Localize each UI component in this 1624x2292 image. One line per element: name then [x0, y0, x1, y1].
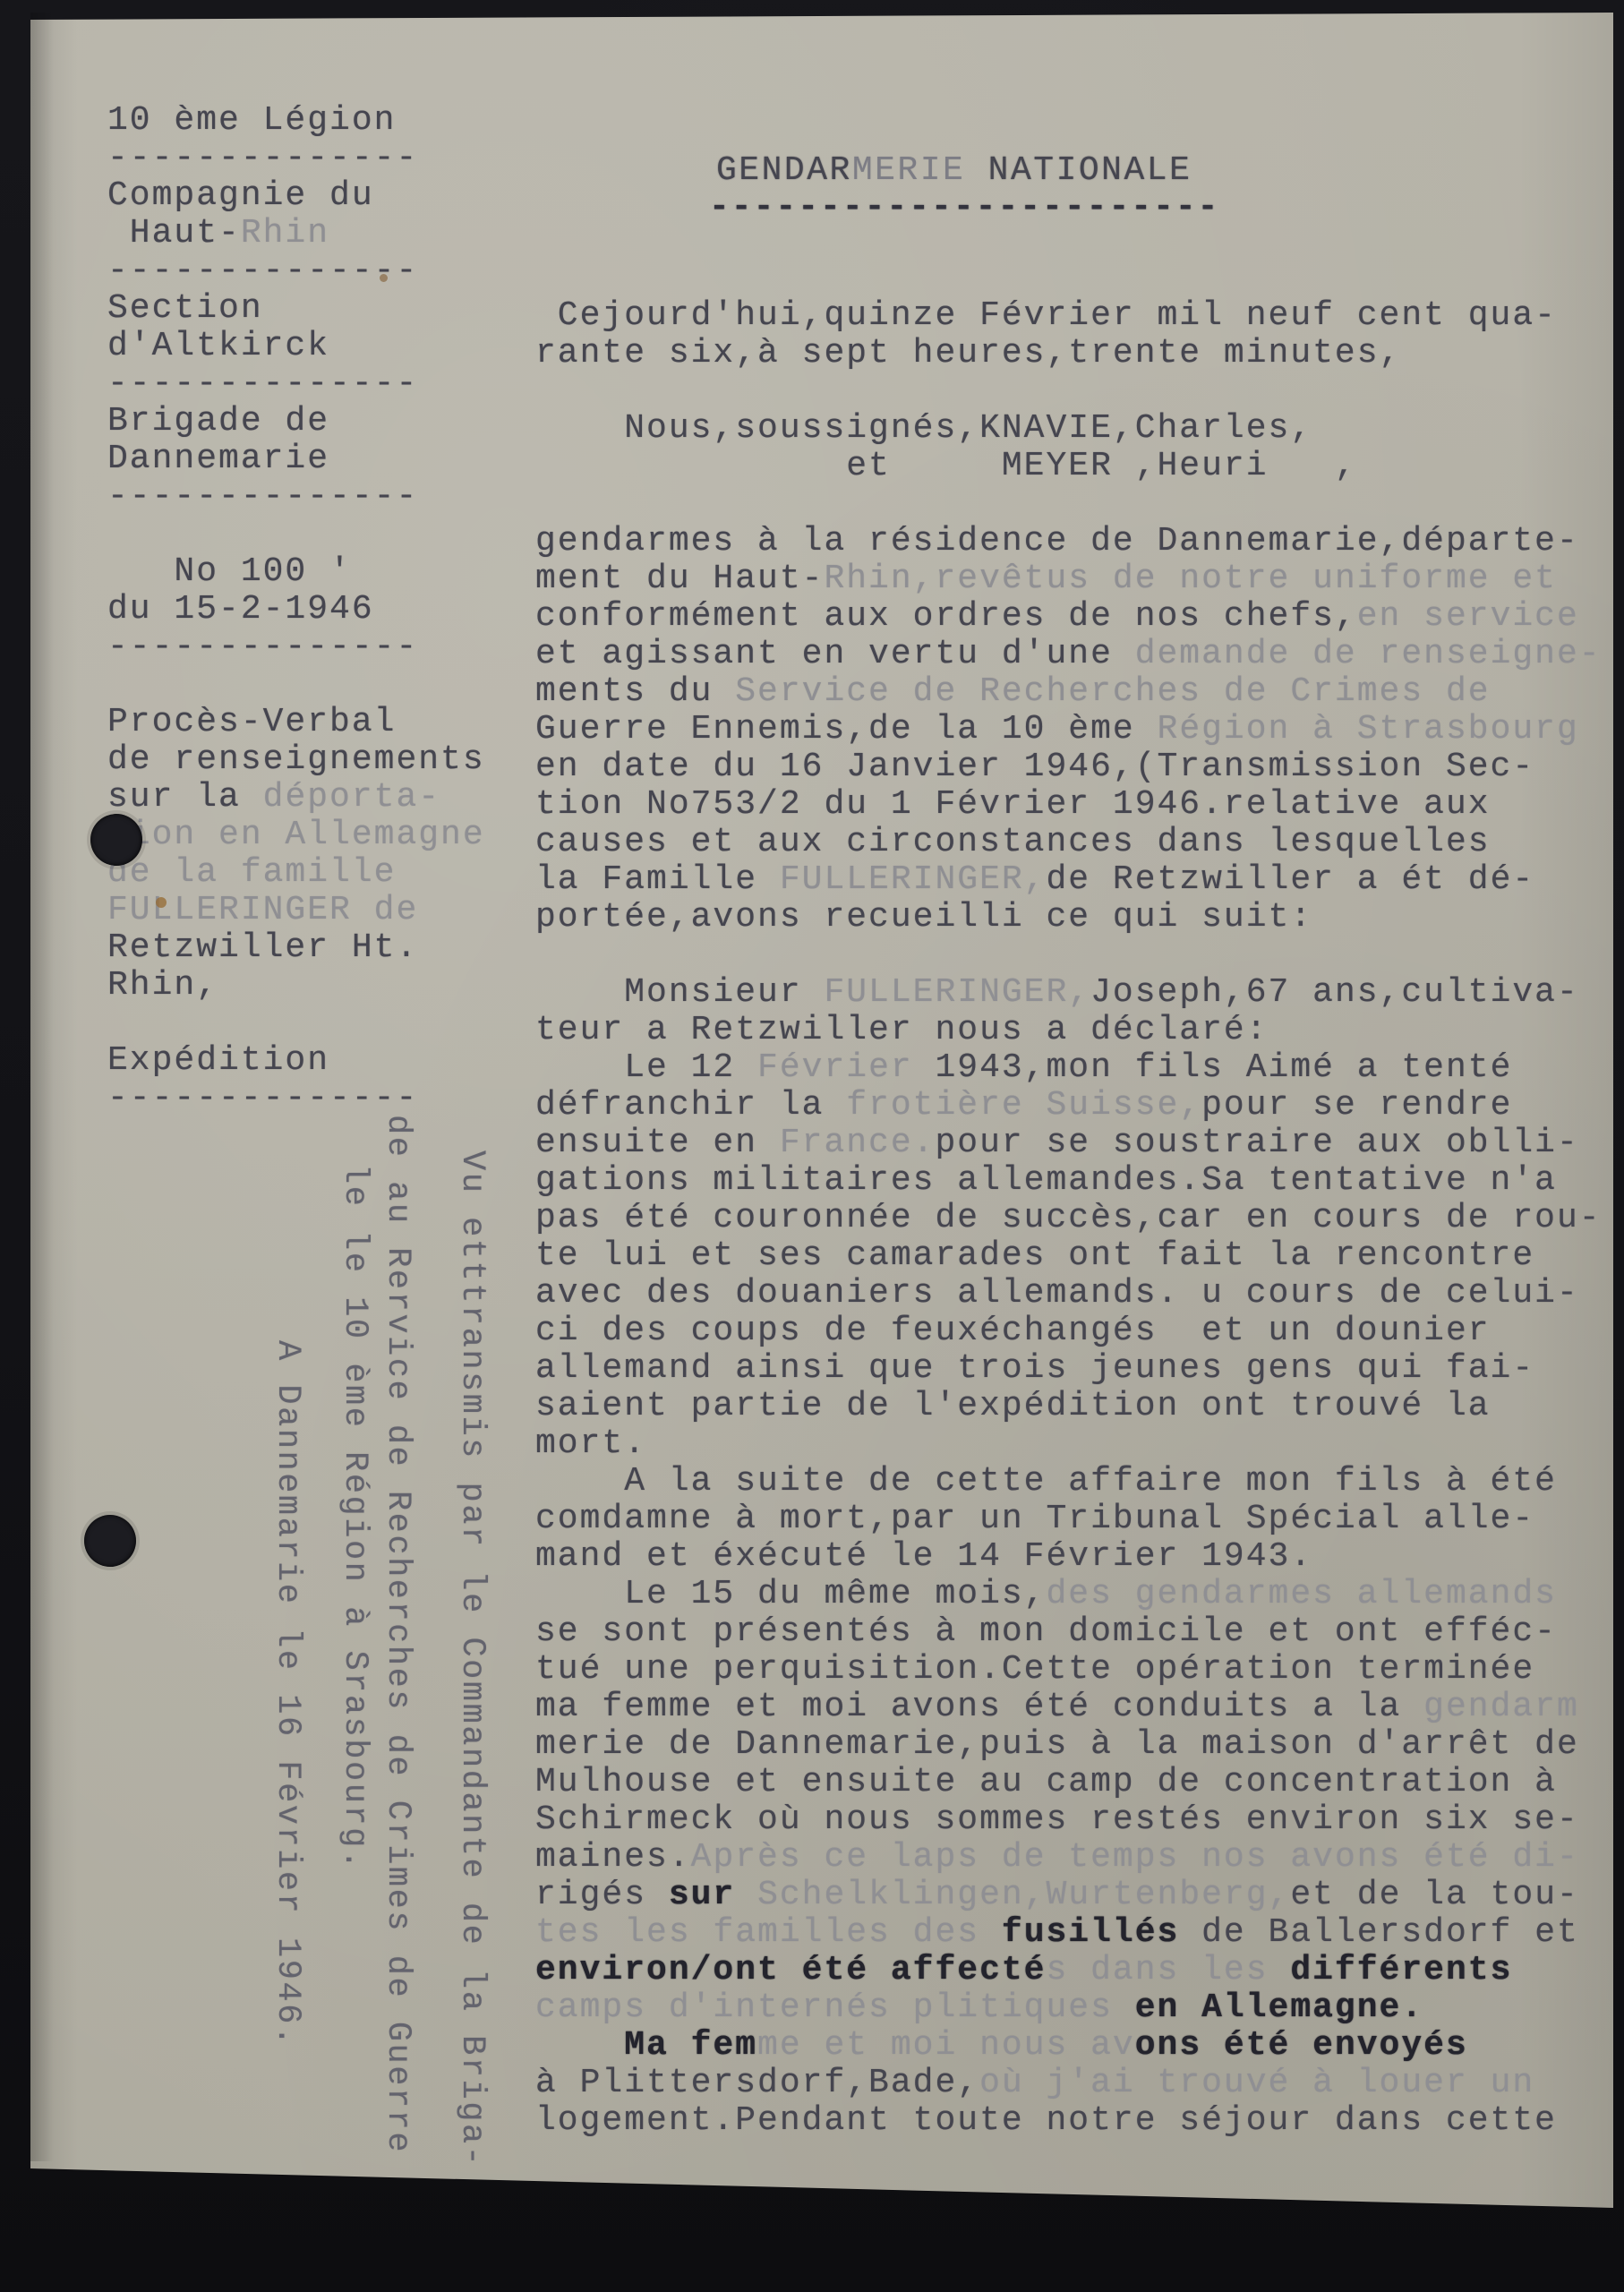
body-line: Ma femme et moi nous avons été envoyés: [535, 2027, 1602, 2065]
text-segment: Schelklingen,Wurtenberg,: [757, 1876, 1290, 1914]
sidebar-line: --------------: [107, 252, 485, 290]
text-segment: défranchir la: [535, 1086, 846, 1125]
body-line: pas été couronnée de succès,car en cours…: [535, 1200, 1602, 1237]
sidebar-line: Brigade de: [107, 403, 485, 440]
sidebar-line: Dannemarie: [107, 440, 485, 478]
text-segment: rigés: [535, 1876, 669, 1914]
body-line: Monsieur FULLERINGER,Joseph,67 ans,culti…: [535, 974, 1602, 1012]
body-line: environ/ont été affectés dans les différ…: [535, 1952, 1602, 1989]
text-segment: sur: [669, 1876, 735, 1914]
document-title: GENDARMERIE NATIONALE: [716, 151, 1192, 190]
body-line: ments du Service de Recherches de Crimes…: [535, 673, 1602, 711]
text-segment: Après ce laps de temps nos avons été di-: [691, 1838, 1579, 1877]
body-line: [535, 372, 1602, 410]
text-segment: demande de renseigne-: [1135, 635, 1602, 673]
body-line: saient partie de l'expédition ont trouvé…: [535, 1388, 1602, 1425]
sidebar-line: [107, 516, 485, 553]
text-segment: Haut-: [107, 214, 241, 252]
body-line: [535, 485, 1602, 523]
body-line: Le 15 du même mois,des gendarmes alleman…: [535, 1576, 1602, 1613]
text-segment: Le 12: [535, 1048, 757, 1087]
sidebar-line: sur la déporta-: [107, 779, 485, 817]
text-segment: Monsieur: [535, 973, 824, 1012]
body-line: à Plittersdorf,Bade,où j'ai trouvé à lou…: [535, 2065, 1602, 2102]
body-line: rigés sur Schelklingen,Wurtenberg,et de …: [535, 1877, 1602, 1914]
paper-stain: [156, 897, 167, 908]
body-text-block: Cejourd'hui,quinze Février mil neuf cent…: [535, 297, 1602, 2140]
text-segment: pour se soustraire aux oblli-: [935, 1124, 1578, 1162]
margin-note-transmission-line3: le le 10 ème Région à Srasbourg.: [336, 1164, 373, 1872]
text-segment: Service de Recherches de Crimes de: [735, 672, 1490, 711]
text-segment: différents: [1290, 1951, 1512, 1989]
text-segment: et de la tou-: [1290, 1876, 1578, 1914]
body-line: comdamne à mort,par un Tribunal Spécial …: [535, 1501, 1602, 1538]
margin-note-transmission-line4: A Dannemarie le 16 Février 1946.: [269, 1340, 306, 2048]
sidebar-line: de renseignements: [107, 741, 485, 779]
text-segment: Région à Strasbourg: [1158, 710, 1579, 748]
text-segment: tes les familles des: [535, 1913, 1002, 1952]
body-line: te lui et ses camarades ont fait la renc…: [535, 1237, 1602, 1275]
body-line: allemand ainsi que trois jeunes gens qui…: [535, 1350, 1602, 1388]
text-segment: frotière Suisse,: [846, 1086, 1201, 1125]
text-segment: camps d'internés plitiques: [535, 1988, 1135, 2027]
punch-hole-bottom: [84, 1515, 136, 1567]
sidebar-line: Compagnie du: [107, 177, 485, 215]
text-segment: 1943,mon fils Aimé a tenté: [935, 1048, 1512, 1087]
text-segment: me et moi nous av: [757, 2026, 1135, 2065]
text-segment: environ/ont été affecté: [535, 1951, 1047, 1989]
body-line: et MEYER ,Heuri ,: [535, 448, 1602, 485]
text-segment: conformément aux ordres de nos chefs,: [535, 597, 1357, 636]
text-segment: FULLERINGER,: [824, 973, 1090, 1012]
sidebar-line: --------------: [107, 140, 485, 177]
body-line: rante six,à sept heures,trente minutes,: [535, 335, 1602, 372]
sidebar-line: --------------: [107, 478, 485, 516]
text-segment: France.: [780, 1124, 936, 1162]
text-segment: ment du Haut-: [535, 560, 824, 598]
body-line: Le 12 Février 1943,mon fils Aimé a tenté: [535, 1049, 1602, 1087]
sidebar-line: --------------: [107, 1080, 485, 1117]
punch-hole-top: [90, 814, 142, 866]
body-line: Cejourd'hui,quinze Février mil neuf cent…: [535, 297, 1602, 335]
body-line: ment du Haut-Rhin,revêtus de notre unifo…: [535, 560, 1602, 598]
body-line: maines.Après ce laps de temps nos avons …: [535, 1839, 1602, 1877]
sidebar-line: Section: [107, 290, 485, 328]
text-segment: pour se rendre: [1201, 1086, 1512, 1125]
paper-stain: [380, 274, 388, 282]
body-line: A la suite de cette affaire mon fils à é…: [535, 1463, 1602, 1501]
title-segment: NATIONALE: [965, 151, 1192, 190]
body-line: gations militaires allemandes.Sa tentati…: [535, 1162, 1602, 1200]
body-line: Nous,soussignés,KNAVIE,Charles,: [535, 410, 1602, 448]
body-line: tion No753/2 du 1 Février 1946.relative …: [535, 786, 1602, 824]
text-segment: et agissant en vertu d'une: [535, 635, 1135, 673]
body-line: teur a Retzwiller nous a déclaré:: [535, 1012, 1602, 1049]
sidebar-line: Rhin,: [107, 967, 485, 1005]
sidebar-line: Retzwiller Ht.: [107, 929, 485, 967]
text-segment: où j'ai trouvé à louer un: [979, 2064, 1534, 2102]
margin-note-transmission-line1: Vu etttransmis par le Commandante de la …: [453, 1150, 491, 2168]
body-line: se sont présentés à mon domicile et ont …: [535, 1613, 1602, 1651]
body-line: camps d'internés plitiques en Allemagne.: [535, 1989, 1602, 2027]
body-line: tes les familles des fusillés de Ballers…: [535, 1914, 1602, 1952]
body-line: mand et éxécuté le 14 Février 1943.: [535, 1538, 1602, 1576]
body-line: [535, 936, 1602, 974]
body-line: logement.Pendant toute notre séjour dans…: [535, 2102, 1602, 2140]
text-segment: gendarm: [1423, 1688, 1579, 1726]
text-segment: Le 15 du même mois,: [535, 1575, 1047, 1613]
sidebar-reference-block: 10 ème Légion--------------Compagnie du …: [107, 102, 485, 1117]
text-segment: ons été envoyés: [1135, 2026, 1468, 2065]
text-segment: déporta-: [263, 778, 440, 817]
margin-note-transmission-line2: de au Rervice de Recherches de Crimes de…: [379, 1115, 416, 2154]
text-segment: Guerre Ennemis,de la 10 ème: [535, 710, 1158, 748]
photo-backdrop: GENDARMERIE NATIONALE ------------------…: [0, 0, 1624, 2292]
body-line: avec des douaniers allemands. u cours de…: [535, 1275, 1602, 1313]
sidebar-line: Expédition: [107, 1042, 485, 1080]
body-line: portée,avons recueilli ce qui suit:: [535, 899, 1602, 936]
text-segment: Ma fem: [535, 2026, 757, 2065]
sidebar-line: 10 ème Légion: [107, 102, 485, 140]
body-line: Schirmeck où nous sommes restés environ …: [535, 1801, 1602, 1839]
title-underline: -----------------------: [709, 188, 1220, 227]
text-segment: à Plittersdorf,Bade,: [535, 2064, 979, 2102]
sidebar-line: de la famille: [107, 854, 485, 892]
sidebar-line: [107, 666, 485, 704]
body-line: gendarmes à la résidence de Dannemarie,d…: [535, 523, 1602, 560]
paper-edge-shadow: [30, 13, 54, 2161]
body-line: Guerre Ennemis,de la 10 ème Région à Str…: [535, 711, 1602, 748]
text-segment: de Ballersdorf et: [1179, 1913, 1578, 1952]
body-line: défranchir la frotière Suisse,pour se re…: [535, 1087, 1602, 1125]
body-line: Mulhouse et ensuite au camp de concentra…: [535, 1764, 1602, 1801]
text-segment: Rhin,revêtus de notre uniforme et: [824, 560, 1557, 598]
sidebar-line: d'Altkirck: [107, 328, 485, 365]
text-segment: ments du: [535, 672, 735, 711]
body-line: la Famille FULLERINGER,de Retzwiller a é…: [535, 861, 1602, 899]
text-segment: de la famille: [107, 853, 396, 892]
body-line: ci des coups de feuxéchangés et un douni…: [535, 1313, 1602, 1350]
body-line: mort.: [535, 1425, 1602, 1463]
text-segment: en Allemagne.: [1135, 1988, 1423, 2027]
body-line: ensuite en France.pour se soustraire aux…: [535, 1125, 1602, 1162]
title-segment: MERIE: [852, 151, 966, 190]
sidebar-line: No 100 ': [107, 553, 485, 591]
sidebar-line: tion en Allemagne: [107, 817, 485, 854]
text-segment: FULLERINGER de: [107, 891, 418, 929]
text-segment: Joseph,67 ans,cultiva-: [1090, 973, 1579, 1012]
body-line: tué une perquisition.Cette opération ter…: [535, 1651, 1602, 1689]
body-line: conformément aux ordres de nos chefs,en …: [535, 598, 1602, 636]
sidebar-line: --------------: [107, 365, 485, 403]
text-segment: ensuite en: [535, 1124, 780, 1162]
text-segment: ma femme et moi avons été conduits a la: [535, 1688, 1423, 1726]
text-segment: [735, 1876, 757, 1914]
body-line: ma femme et moi avons été conduits a la …: [535, 1689, 1602, 1726]
text-segment: en service: [1357, 597, 1579, 636]
text-segment: des gendarmes allemands: [1047, 1575, 1558, 1613]
text-segment: maines.: [535, 1838, 691, 1877]
body-line: et agissant en vertu d'une demande de re…: [535, 636, 1602, 673]
sidebar-line: Haut-Rhin: [107, 215, 485, 252]
body-line: merie de Dannemarie,puis à la maison d'a…: [535, 1726, 1602, 1764]
text-segment: Février: [757, 1048, 935, 1087]
text-segment: Rhin: [241, 214, 329, 252]
sidebar-line: [107, 1005, 485, 1042]
body-line: causes et aux circonstances dans lesquel…: [535, 824, 1602, 861]
document-page: GENDARMERIE NATIONALE ------------------…: [30, 13, 1613, 2292]
text-segment: FULLERINGER,: [780, 860, 1047, 899]
sidebar-line: --------------: [107, 629, 485, 666]
title-segment: GENDAR: [716, 151, 852, 190]
sidebar-line: Procès-Verbal: [107, 704, 485, 741]
text-segment: sur la: [107, 778, 263, 817]
text-segment: fusillés: [1002, 1913, 1179, 1952]
text-segment: tion en Allemagne: [107, 816, 485, 854]
body-line: en date du 16 Janvier 1946,(Transmission…: [535, 748, 1602, 786]
text-segment: de Retzwiller a ét dé-: [1047, 860, 1535, 899]
text-segment: s dans les: [1047, 1951, 1291, 1989]
text-segment: la Famille: [535, 860, 780, 899]
sidebar-line: du 15-2-1946: [107, 591, 485, 629]
